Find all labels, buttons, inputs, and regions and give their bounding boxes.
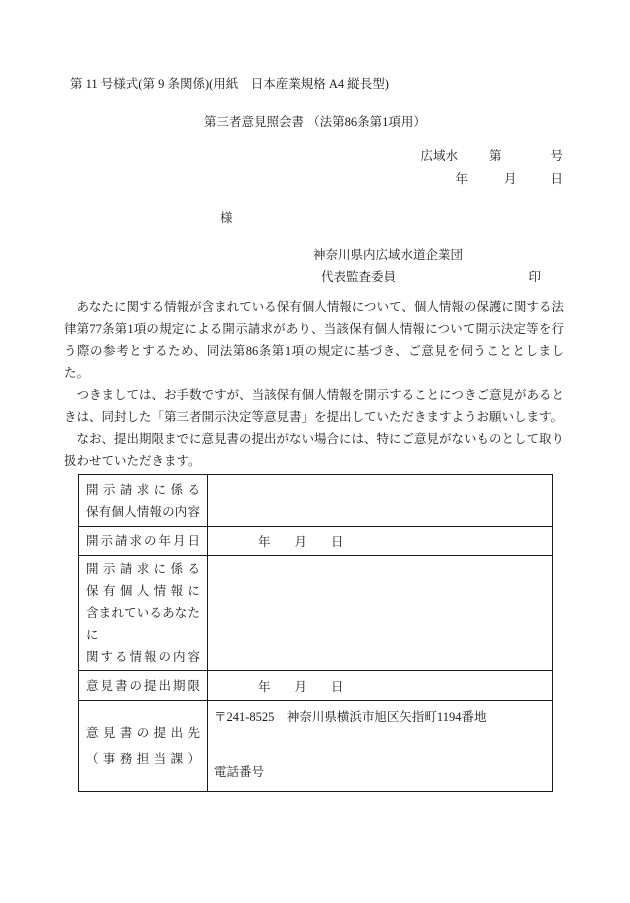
row-label-your-info: 開示請求に係る 保有個人情報に 含まれているあなたに 関する情報の内容 [79,556,208,671]
table-row: 開示請求の年月日 年月日 [79,527,553,556]
body-paragraph: あなたに関する情報が含まれている保有個人情報について、個人情報の保護に関する法律… [64,296,564,384]
page-title: 第三者意見照会書 （法第86条第1項用） [0,113,630,131]
row-label-line: 保有個人情報に [86,580,200,602]
date-month-label: 月 [504,168,517,191]
body-text: あなたに関する情報が含まれている保有個人情報について、個人情報の保護に関する法律… [64,296,564,472]
row-label-disclosure-info: 開示請求に係る 保有個人情報の内容 [79,475,208,527]
reference-block: 広域水第号 年月日 [0,145,630,191]
row-label-submission-address: 意見書の提出先 （事務担当課） [79,701,208,792]
form-number-line: 第 11 号様式(第 9 条関係)(用紙 日本産業規格 A4 縦長型) [70,76,630,93]
row-label-line: 含まれているあなたに [86,602,200,646]
addressee-suffix: 様 [220,211,233,225]
reference-no-prefix: 第 [489,145,502,168]
row-label-line: 開示請求に係る [86,558,200,580]
body-paragraph: なお、提出期限までに意見書の提出がない場合には、特にご意見がないものとして取り扱… [64,428,564,472]
table-row: 開示請求に係る 保有個人情報の内容 [79,475,553,527]
row-label-request-date: 開示請求の年月日 [79,527,208,556]
date-day-placeholder: 日 [331,677,344,695]
blank-field-your-info [208,556,553,671]
table-row: 開示請求に係る 保有個人情報に 含まれているあなたに 関する情報の内容 [79,556,553,671]
reference-org-abbr: 広域水 [420,149,458,163]
reference-number-line: 広域水第号 [0,145,630,168]
row-label-deadline: 意見書の提出期限 [79,671,208,701]
table-row: 意見書の提出期限 年月日 [79,671,553,701]
sender-title: 代表監査委員 [321,266,396,288]
row-label-line: 開示請求に係る [86,479,200,501]
date-month-placeholder: 月 [295,677,308,695]
document-page: 第 11 号様式(第 9 条関係)(用紙 日本産業規格 A4 縦長型) 第三者意… [0,0,630,903]
addressee-line: 様 [0,208,630,228]
inquiry-table: 開示請求に係る 保有個人情報の内容 開示請求の年月日 年月日 開示請求に係る 保… [78,474,553,792]
date-day-placeholder: 日 [331,532,344,550]
date-line: 年月日 [0,168,630,191]
date-year-label: 年 [455,172,468,186]
row-label-line: （事務担当課） [86,746,200,772]
row-label-line: 保有個人情報の内容 [86,501,200,523]
date-day-label: 日 [550,168,563,191]
date-field-request-date: 年月日 [208,527,553,556]
body-paragraph: つきましては、お手数ですが、当該保有個人情報を開示することにつきご意見があるとき… [64,384,564,428]
date-year-placeholder: 年 [258,535,271,549]
seal-mark: 印 [528,266,541,288]
submission-address-inner: 〒241-8525 神奈川県横浜市旭区矢指町1194番地 電話番号 [208,701,552,790]
row-label-line: 意見書の提出期限 [86,675,200,697]
blank-field-disclosure-info [208,475,553,527]
date-year-placeholder: 年 [258,680,271,694]
row-label-line: 開示請求の年月日 [86,530,200,552]
sender-title-line: 代表監査委員 印 [313,266,541,288]
date-month-placeholder: 月 [295,532,308,550]
phone-number-label: 電話番号 [214,764,548,780]
reference-no-suffix: 号 [550,145,563,168]
submission-address-line: 〒241-8525 神奈川県横浜市旭区矢指町1194番地 [214,709,548,725]
table-row: 意見書の提出先 （事務担当課） 〒241-8525 神奈川県横浜市旭区矢指町11… [79,701,553,792]
date-field-deadline: 年月日 [208,671,553,701]
submission-address-field: 〒241-8525 神奈川県横浜市旭区矢指町1194番地 電話番号 [208,701,553,792]
row-label-line: 意見書の提出先 [86,720,200,746]
sender-block: 神奈川県内広域水道企業団 代表監査委員 印 [313,244,541,288]
sender-organization: 神奈川県内広域水道企業団 [313,244,541,266]
row-label-line: 関する情報の内容 [86,646,200,668]
